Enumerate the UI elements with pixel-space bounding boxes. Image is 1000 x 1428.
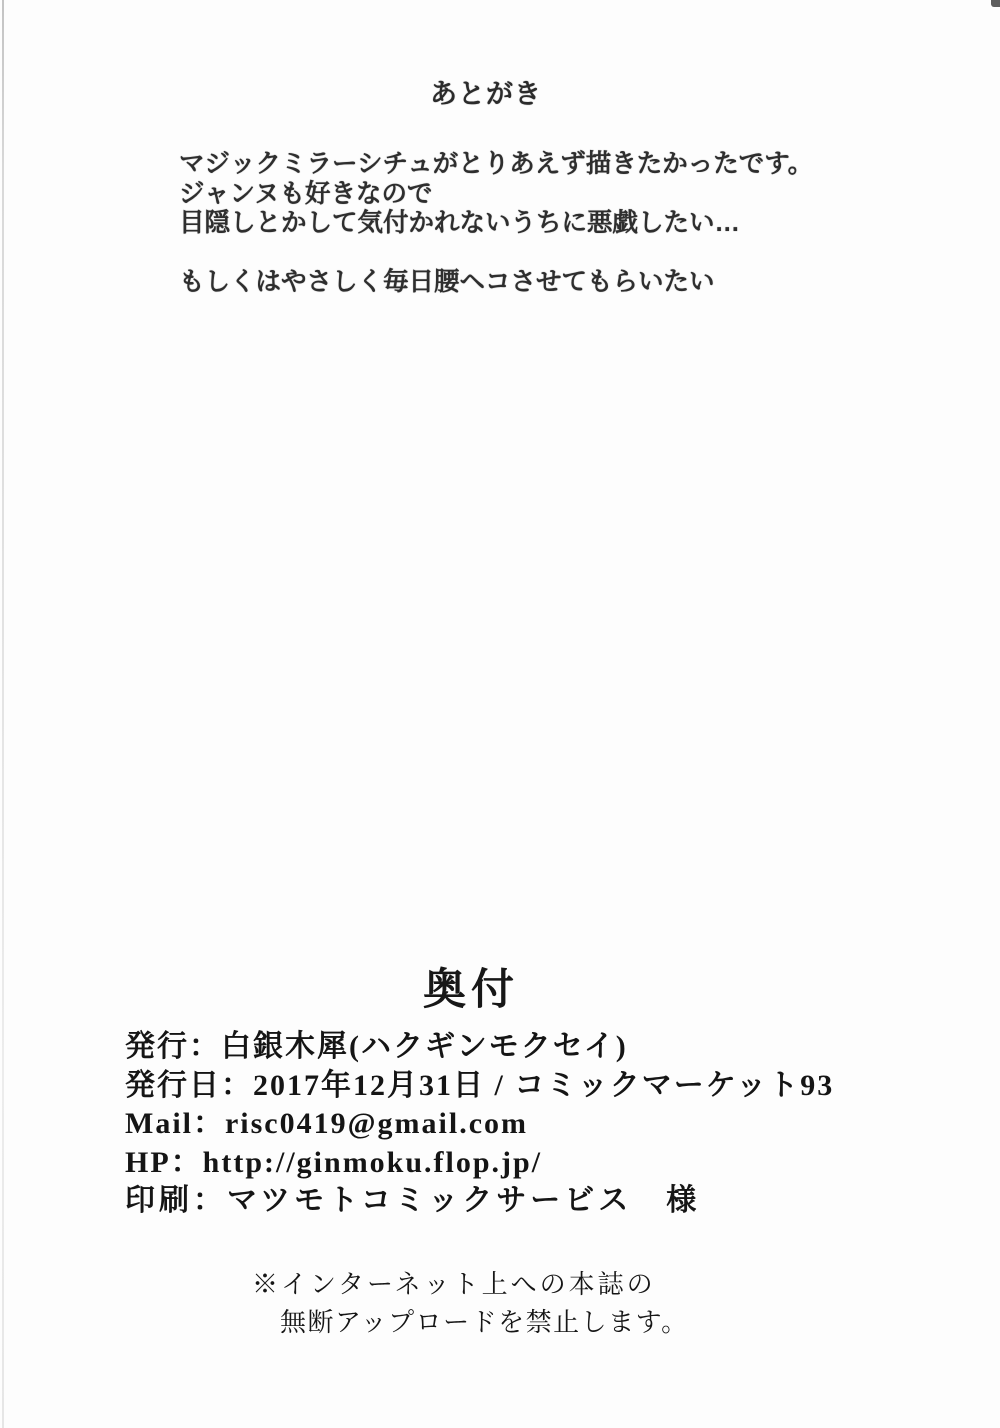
- afterword-title: あとがき: [430, 72, 542, 111]
- notice-line: ※インターネット上への本誌の: [252, 1266, 689, 1304]
- notice-line: 無断アップロードを禁止します。: [280, 1304, 689, 1342]
- afterword-line: もしくはやさしく毎日腰ヘコさせてもらいたい: [179, 268, 813, 298]
- colophon-printer-line: 印刷：マツモトコミックサービス 様: [125, 1182, 834, 1221]
- afterword-line: マジックミラーシチュがとりあえず描きたかったです。: [179, 150, 813, 180]
- colophon-title: 奥付: [423, 956, 519, 1017]
- colophon-publisher-line: 発行：白銀木犀(ハクギンモクセイ): [125, 1028, 834, 1067]
- colophon-mail-line: Mail：risc0419@gmail.com: [125, 1105, 834, 1144]
- scan-edge-artifact: [2, 0, 4, 1428]
- colophon-hp-line: HP：http://ginmoku.flop.jp/: [125, 1144, 834, 1183]
- afterword-line: ジャンヌも好きなので: [179, 180, 813, 210]
- colophon-block: 発行：白銀木犀(ハクギンモクセイ) 発行日：2017年12月31日 / コミック…: [125, 1028, 834, 1221]
- scanned-page: あとがき マジックミラーシチュがとりあえず描きたかったです。 ジャンヌも好きなの…: [0, 0, 1000, 1428]
- colophon-date-line: 発行日：2017年12月31日 / コミックマーケット93: [125, 1067, 834, 1106]
- upload-prohibition-notice: ※インターネット上への本誌の 無断アップロードを禁止します。: [252, 1266, 689, 1342]
- afterword-line: 目隠しとかして気付かれないうちに悪戯したい…: [179, 209, 813, 239]
- afterword-body: マジックミラーシチュがとりあえず描きたかったです。 ジャンヌも好きなので 目隠し…: [179, 150, 813, 298]
- scan-corner-artifact: [991, 0, 1000, 7]
